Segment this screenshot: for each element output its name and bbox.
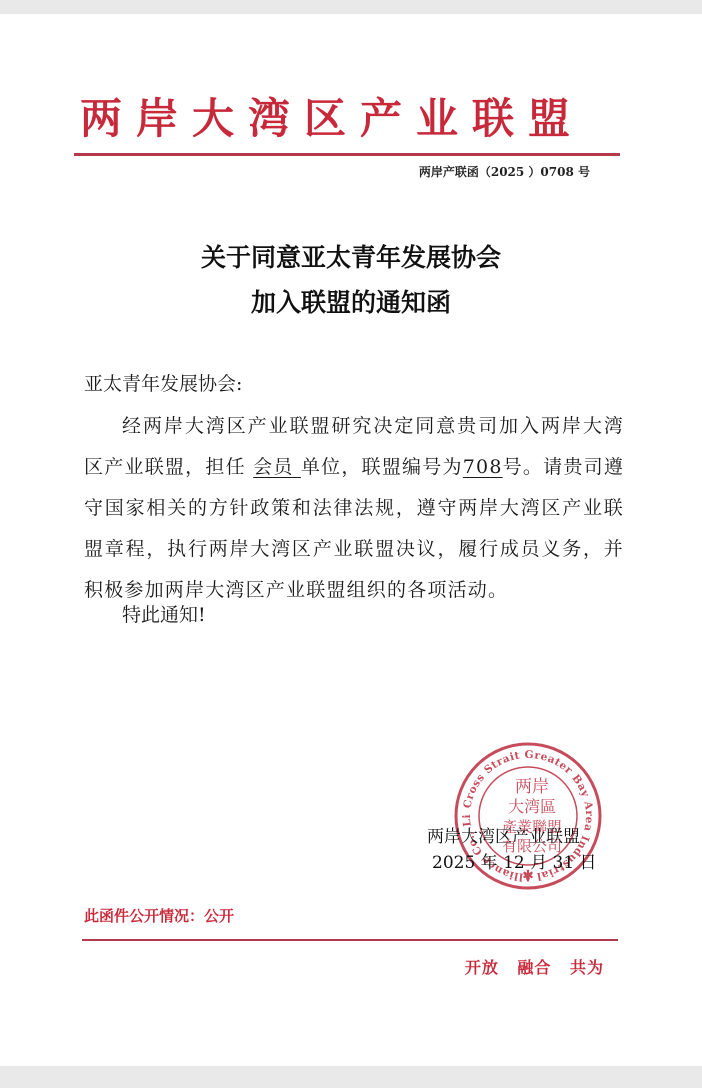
signature-org: 两岸大湾区产业联盟 [427,822,580,847]
viewer-bottom-bar [0,1066,702,1088]
footer-divider [82,939,618,941]
viewer-top-bar [0,0,702,14]
member-role: 会员 [253,456,301,478]
document-title-line2: 加入联盟的通知函 [0,283,702,319]
seal-center-1: 两岸 [515,777,549,797]
seal-center-2: 大湾區 [508,797,556,816]
letterhead-divider [74,153,620,156]
closing-remark: 特此通知! [122,595,662,636]
salutation: 亚太青年发展协会: [84,364,624,405]
footer-slogan: 开放 融合 共为 [465,955,604,978]
body-paragraph: 经两岸大湾区产业联盟研究决定同意贵司加入两岸大湾区产业联盟，担任 会员 单位，联… [84,406,624,611]
disclosure-status: 此函件公开情况：公开 [84,905,234,926]
member-number: 708 [463,456,503,478]
document-number: 两岸产联函（2025 ）0708 号 [419,163,590,180]
signature-date: 2025 年 12 月 31 日 [432,848,597,873]
para-part2: 单位，联盟编号为 [301,456,463,478]
letterhead-org-name: 两岸大湾区产业联盟 [80,86,620,146]
document-title-line1: 关于同意亚太青年发展协会 [0,238,702,274]
